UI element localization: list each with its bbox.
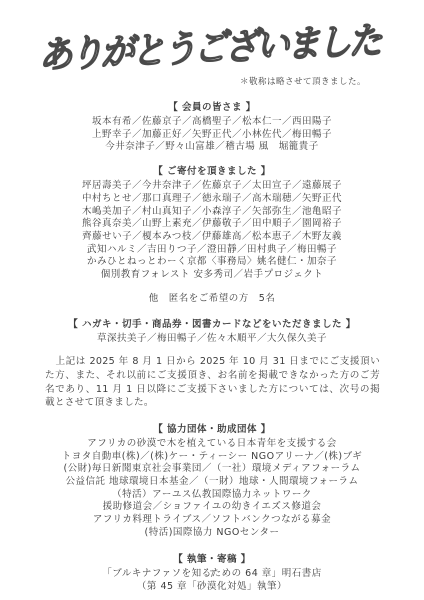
- org-line: アフリカ料理トライブス／ソフトバンクつながる募金: [0, 514, 424, 527]
- support-period-paragraph: 上記は 2025 年 8 月 1 日から 2025 年 10 月 31 日までに…: [45, 355, 380, 409]
- section-postcards: 【 ハガキ・切手・商品券・図書カードなどをいただきました 】 草深扶美子／梅田暢…: [0, 316, 424, 346]
- name-line: 上野幸子／加藤正好／矢野正代／小林佐代／梅田暢子: [0, 129, 424, 142]
- name-line: 坪居壽美子／今井奈津子／佐藤京子／太田宣子／遠藤展子: [0, 180, 424, 193]
- section-organizations: 【 協力団体・助成団体 】 アフリカの砂漠で木を植えている日本青年を支援する会 …: [0, 421, 424, 540]
- page-title: ありがとうございました: [36, 10, 388, 78]
- section-members: 【 会員の皆さま 】 坂本有希／佐藤京子／高橋聖子／松本仁一／西田陽子 上野幸子…: [0, 99, 424, 154]
- name-line: 坂本有希／佐藤京子／高橋聖子／松本仁一／西田陽子: [0, 116, 424, 129]
- org-line: 公益信託 地球環境日本基金／（一財）地球・人間環境フォーラム: [0, 476, 424, 489]
- section-donations-heading: 【 ご寄付を頂きました 】: [0, 163, 424, 177]
- name-line: かみひとねっとわーく京都〈事務局〉姚名健仁・加奈子: [0, 256, 424, 269]
- name-line: 木嶋美加子／村山真知子／小森淳子／矢部弥生／池亀昭子: [0, 206, 424, 219]
- title-wrap: ありがとうございました: [0, 20, 424, 74]
- section-writing-heading: 【 執筆・寄稿 】: [0, 551, 424, 565]
- org-line: (公財)毎日新聞東京社会事業団／（一社）環境メディアフォーラム: [0, 463, 424, 476]
- page-number: 7: [0, 570, 424, 580]
- section-donations: 【 ご寄付を頂きました 】 坪居壽美子／今井奈津子／佐藤京子／太田宣子／遠藤展子…: [0, 163, 424, 304]
- name-line: 熊谷真奈美／山野上素充／伊藤敬子／田中順子／園岡裕子: [0, 218, 424, 231]
- document-page: ありがとうございました ＊敬称は略させて頂きました。 【 会員の皆さま 】 坂本…: [0, 0, 424, 600]
- name-line: 中村ちとせ／那口真理子／徳永瑞子／高木瑞穂／矢野正代: [0, 193, 424, 206]
- name-line: 齊藤せい子／榎本みつ枝／伊藤雄高／松本恵子／木野友義: [0, 231, 424, 244]
- org-line: トヨタ自動車(株)／(株)ケー・ティーシー NGOアリーナ／(株)ブギ: [0, 451, 424, 464]
- name-line: 武知ハルミ／吉田りつ子／澄田靜／田村典子／梅田暢子: [0, 244, 424, 257]
- section-members-heading: 【 会員の皆さま 】: [0, 99, 424, 113]
- publication-line: （第 45 章「砂漠化対処」執筆）: [0, 581, 424, 594]
- section-postcards-heading: 【 ハガキ・切手・商品券・図書カードなどをいただきました 】: [0, 316, 424, 330]
- name-line: 草深扶美子／梅田暢子／佐々木順平／大久保久美子: [0, 333, 424, 346]
- section-organizations-heading: 【 協力団体・助成団体 】: [0, 421, 424, 435]
- org-line: （特活）アーユス仏教国際協力ネットワーク: [0, 489, 424, 502]
- name-line: 個別教育フォレスト 安多秀司／岩手プロジェクト: [0, 269, 424, 282]
- org-line: (特活)国際協力 NGOセンター: [0, 527, 424, 540]
- org-line: 援助修道会／ショファイユの幼きイエズス修道会: [0, 501, 424, 514]
- anonymous-donors-note: 他 匿名をご希望の方 5名: [0, 290, 424, 304]
- name-line: 今井奈津子／野々山富雄／稽古場 風 堀籠貴子: [0, 141, 424, 154]
- org-line: アフリカの砂漠で木を植えている日本青年を支援する会: [0, 438, 424, 451]
